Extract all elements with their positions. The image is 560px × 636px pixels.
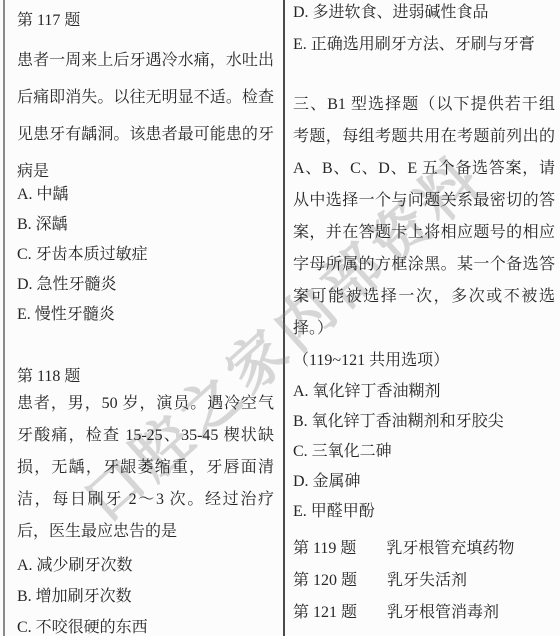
option-117-e: E. 慢性牙髓炎 (17, 300, 274, 330)
question-120-row: 第 120 题 乳牙失活剂 (293, 565, 555, 597)
question-118-stem: 患者，男，50 岁，演员。遇冷空气牙酸痛，检查 15-25、35-45 楔状缺损… (17, 388, 274, 548)
shared-option-d: D. 金属砷 (293, 467, 555, 497)
question-118-title: 第 118 题 (17, 366, 274, 388)
option-118-b: B. 增加刷牙次数 (17, 581, 274, 612)
question-117-options: A. 中龋 B. 深龋 C. 牙齿本质过敏症 D. 急性牙髓炎 E. 慢性牙髓炎 (17, 180, 274, 330)
shared-option-e: E. 甲醛甲酚 (293, 497, 555, 527)
question-117-title: 第 117 题 (17, 10, 274, 32)
option-117-a: A. 中龋 (17, 180, 274, 210)
page-left-edge-line (3, 0, 5, 636)
question-119-text: 乳牙根管充填药物 (386, 533, 514, 565)
option-118-a: A. 减少刷牙次数 (17, 550, 274, 581)
question-120-number: 第 120 题 (293, 565, 357, 597)
exam-document-page: 口腔之家内部资料 第 117 题 患者一周来上后牙遇冷水痛，水吐出后痛即消失。以… (0, 0, 560, 636)
question-121-text: 乳牙根管消毒剂 (387, 597, 499, 629)
shared-options-list: A. 氧化锌丁香油糊剂 B. 氧化锌丁香油糊剂和牙胶尖 C. 三氧化二砷 D. … (293, 377, 555, 527)
shared-option-a: A. 氧化锌丁香油糊剂 (293, 377, 555, 407)
column-divider-line (283, 0, 285, 636)
question-121-number: 第 121 题 (293, 597, 357, 629)
question-119-number: 第 119 题 (293, 533, 356, 565)
option-117-b: B. 深龋 (17, 210, 274, 240)
b1-question-list: 第 119 题 乳牙根管充填药物 第 120 题 乳牙失活剂 第 121 题 乳… (293, 533, 555, 629)
option-118-c: C. 不咬很硬的东西 (17, 612, 274, 636)
shared-options-note: （119~121 共用选项） (293, 345, 555, 377)
shared-option-c: C. 三氧化二砷 (293, 437, 555, 467)
question-118-options-continued: D. 多进软食、进弱碱性食品 E. 正确选用刷牙方法、牙刷与牙膏 (293, 0, 555, 61)
option-117-c: C. 牙齿本质过敏症 (17, 240, 274, 270)
question-118-options: A. 减少刷牙次数 B. 增加刷牙次数 C. 不咬很硬的东西 (17, 550, 274, 636)
option-118-d: D. 多进软食、进弱碱性食品 (293, 0, 555, 29)
question-119-row: 第 119 题 乳牙根管充填药物 (293, 533, 555, 565)
question-117-stem: 患者一周来上后牙遇冷水痛，水吐出后痛即消失。以往无明显不适。检查见患牙有龋洞。该… (17, 42, 274, 190)
option-118-e: E. 正确选用刷牙方法、牙刷与牙膏 (293, 29, 555, 61)
question-121-row: 第 121 题 乳牙根管消毒剂 (293, 597, 555, 629)
left-column: 第 117 题 患者一周来上后牙遇冷水痛，水吐出后痛即消失。以往无明显不适。检查… (17, 0, 274, 636)
option-117-d: D. 急性牙髓炎 (17, 270, 274, 300)
question-120-text: 乳牙失活剂 (387, 565, 467, 597)
right-column: D. 多进软食、进弱碱性食品 E. 正确选用刷牙方法、牙刷与牙膏 三、B1 型选… (293, 0, 555, 629)
section-b1-heading: 三、B1 型选择题（以下提供若干组考题，每组考题共用在考题前列出的 A、B、C、… (293, 89, 555, 345)
shared-option-b: B. 氧化锌丁香油糊剂和牙胶尖 (293, 407, 555, 437)
